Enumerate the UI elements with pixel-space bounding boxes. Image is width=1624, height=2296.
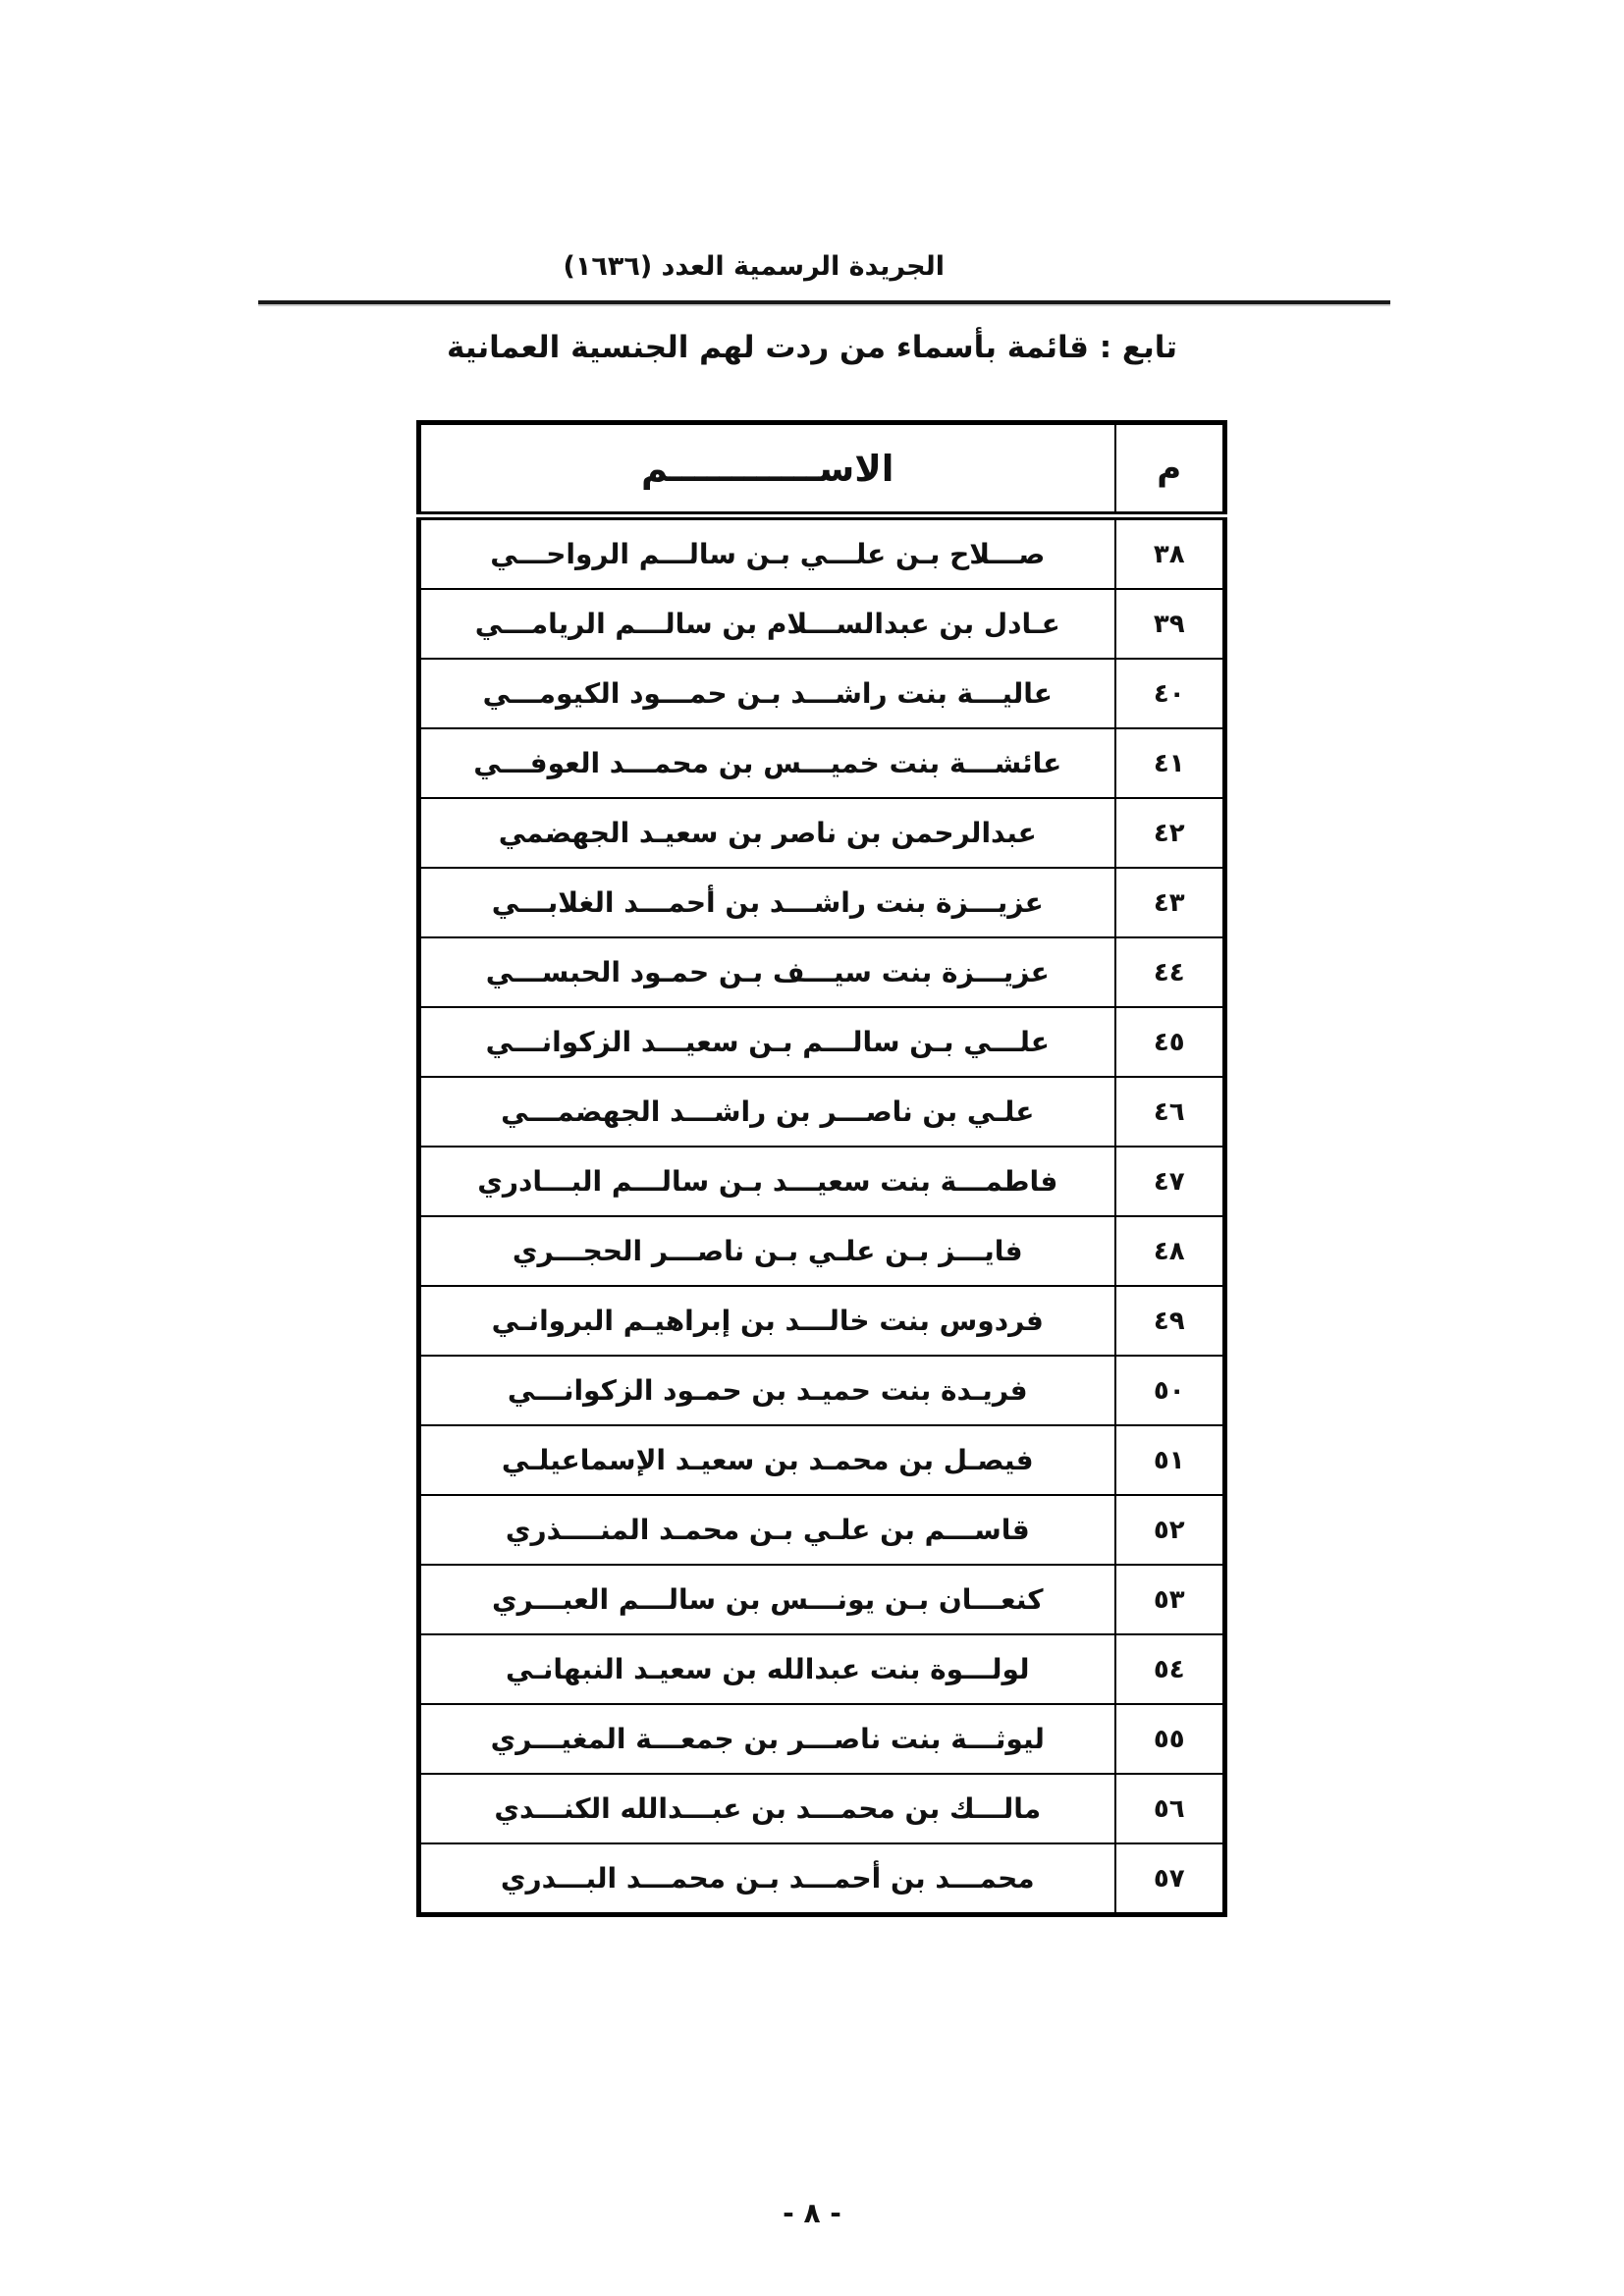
- row-number-cell: ٥١: [1115, 1425, 1225, 1495]
- names-table: م الاســــــــــــم ٣٨صـــلاح بـن علـــي…: [416, 420, 1227, 1917]
- table-row: ٥٤لولـــوة بنت عبدالله بن سعيـد النبهانـ…: [419, 1634, 1225, 1704]
- table-row: ٥٣كنعـــان بـن يونـــس بن سالـــم العبــ…: [419, 1565, 1225, 1634]
- row-number-cell: ٤٣: [1115, 868, 1225, 937]
- row-number-cell: ٤٦: [1115, 1077, 1225, 1147]
- row-name-cell: صـــلاح بـن علـــي بـن سالـــم الرواحـــ…: [419, 516, 1115, 590]
- gazette-page: الجريدة الرسمية العدد (١٦٣٦) تابع : قائم…: [0, 0, 1624, 2296]
- row-name-cell: عبدالرحمن بن ناصر بن سعيـد الجهضمي: [419, 798, 1115, 868]
- table-header-row: م الاســــــــــــم: [419, 423, 1225, 516]
- table-row: ٤٠عاليـــة بنت راشـــد بـن حمـــود الكيو…: [419, 659, 1225, 728]
- gazette-title: الجريدة الرسمية العدد (١٦٣٦): [257, 251, 945, 282]
- row-number-cell: ٤١: [1115, 728, 1225, 798]
- row-name-cell: محمـــد بن أحمـــد بـن محمـــد البـــدري: [419, 1843, 1115, 1915]
- row-name-cell: فريـدة بنت حميـد بن حمـود الزكوانـــي: [419, 1356, 1115, 1425]
- table-row: ٥٦مالـــك بن محمـــد بن عبـــدالله الكنـ…: [419, 1774, 1225, 1843]
- row-number-cell: ٤٩: [1115, 1286, 1225, 1356]
- number-column-header: م: [1115, 423, 1225, 516]
- table-row: ٤٤عزيـــزة بنت سيـــف بـن حمـود الحبســـ…: [419, 937, 1225, 1007]
- row-name-cell: عزيـــزة بنت سيـــف بـن حمـود الحبســـي: [419, 937, 1115, 1007]
- row-number-cell: ٤٨: [1115, 1216, 1225, 1286]
- header-divider-rule: [258, 300, 1390, 306]
- row-name-cell: كنعـــان بـن يونـــس بن سالـــم العبـــر…: [419, 1565, 1115, 1634]
- row-number-cell: ٥٣: [1115, 1565, 1225, 1634]
- table-row: ٤٧فاطمـــة بنت سعيـــد بـن سالـــم البــ…: [419, 1147, 1225, 1216]
- row-name-cell: عزيـــزة بنت راشـــد بن أحمـــد الغلابــ…: [419, 868, 1115, 937]
- row-name-cell: لولـــوة بنت عبدالله بن سعيـد النبهانـي: [419, 1634, 1115, 1704]
- table-row: ٤١عائشـــة بنت خميـــس بن محمـــد العوفـ…: [419, 728, 1225, 798]
- table-header: م الاســــــــــــم: [419, 423, 1225, 516]
- row-name-cell: فايـــز بـن علـي بـن ناصـــر الحجـــري: [419, 1216, 1115, 1286]
- page-number: - ٨ -: [0, 2197, 1624, 2229]
- row-number-cell: ٤٢: [1115, 798, 1225, 868]
- row-name-cell: فردوس بنت خالـــد بن إبراهيـم البروانـي: [419, 1286, 1115, 1356]
- row-number-cell: ٥٠: [1115, 1356, 1225, 1425]
- row-number-cell: ٣٩: [1115, 589, 1225, 659]
- row-number-cell: ٥٤: [1115, 1634, 1225, 1704]
- row-name-cell: مالـــك بن محمـــد بن عبـــدالله الكنـــ…: [419, 1774, 1115, 1843]
- row-number-cell: ٥٥: [1115, 1704, 1225, 1774]
- row-name-cell: فيصـل بن محمـد بن سعيـد الإسماعيلـي: [419, 1425, 1115, 1495]
- table-row: ٤٦علـي بن ناصـــر بن راشـــد الجهضمـــي: [419, 1077, 1225, 1147]
- table-row: ٤٥علـــي بـن سالـــم بـن سعيـــد الزكوان…: [419, 1007, 1225, 1077]
- row-number-cell: ٥٧: [1115, 1843, 1225, 1915]
- table-row: ٤٢عبدالرحمن بن ناصر بن سعيـد الجهضمي: [419, 798, 1225, 868]
- row-number-cell: ٤٠: [1115, 659, 1225, 728]
- row-name-cell: عـادل بن عبدالســـلام بن سالـــم الريامـ…: [419, 589, 1115, 659]
- row-number-cell: ٤٤: [1115, 937, 1225, 1007]
- row-name-cell: عائشـــة بنت خميـــس بن محمـــد العوفـــ…: [419, 728, 1115, 798]
- table-row: ٥٧محمـــد بن أحمـــد بـن محمـــد البـــد…: [419, 1843, 1225, 1915]
- row-name-cell: فاطمـــة بنت سعيـــد بـن سالـــم البـــا…: [419, 1147, 1115, 1216]
- row-name-cell: ليوثـــة بنت ناصـــر بن جمعـــة المغيـــ…: [419, 1704, 1115, 1774]
- row-number-cell: ٥٦: [1115, 1774, 1225, 1843]
- row-number-cell: ٤٥: [1115, 1007, 1225, 1077]
- table-row: ٥٥ليوثـــة بنت ناصـــر بن جمعـــة المغيـ…: [419, 1704, 1225, 1774]
- table-row: ٥٢قاســـم بن علـي بـن محمـد المنــــذري: [419, 1495, 1225, 1565]
- page-subtitle: تابع : قائمة بأسماء من ردت لهم الجنسية ا…: [0, 330, 1624, 365]
- row-name-cell: عاليـــة بنت راشـــد بـن حمـــود الكيومـ…: [419, 659, 1115, 728]
- row-number-cell: ٣٨: [1115, 516, 1225, 590]
- name-column-header: الاســــــــــــم: [419, 423, 1115, 516]
- table-row: ٤٣عزيـــزة بنت راشـــد بن أحمـــد الغلاب…: [419, 868, 1225, 937]
- table-row: ٥٠فريـدة بنت حميـد بن حمـود الزكوانـــي: [419, 1356, 1225, 1425]
- table-row: ٥١فيصـل بن محمـد بن سعيـد الإسماعيلـي: [419, 1425, 1225, 1495]
- row-number-cell: ٤٧: [1115, 1147, 1225, 1216]
- table-row: ٤٨فايـــز بـن علـي بـن ناصـــر الحجـــري: [419, 1216, 1225, 1286]
- table-body: ٣٨صـــلاح بـن علـــي بـن سالـــم الرواحـ…: [419, 516, 1225, 1915]
- table-row: ٣٩عـادل بن عبدالســـلام بن سالـــم الريا…: [419, 589, 1225, 659]
- table-row: ٣٨صـــلاح بـن علـــي بـن سالـــم الرواحـ…: [419, 516, 1225, 590]
- row-name-cell: علـي بن ناصـــر بن راشـــد الجهضمـــي: [419, 1077, 1115, 1147]
- row-number-cell: ٥٢: [1115, 1495, 1225, 1565]
- table-row: ٤٩فردوس بنت خالـــد بن إبراهيـم البروانـ…: [419, 1286, 1225, 1356]
- row-name-cell: قاســـم بن علـي بـن محمـد المنــــذري: [419, 1495, 1115, 1565]
- row-name-cell: علـــي بـن سالـــم بـن سعيـــد الزكوانــ…: [419, 1007, 1115, 1077]
